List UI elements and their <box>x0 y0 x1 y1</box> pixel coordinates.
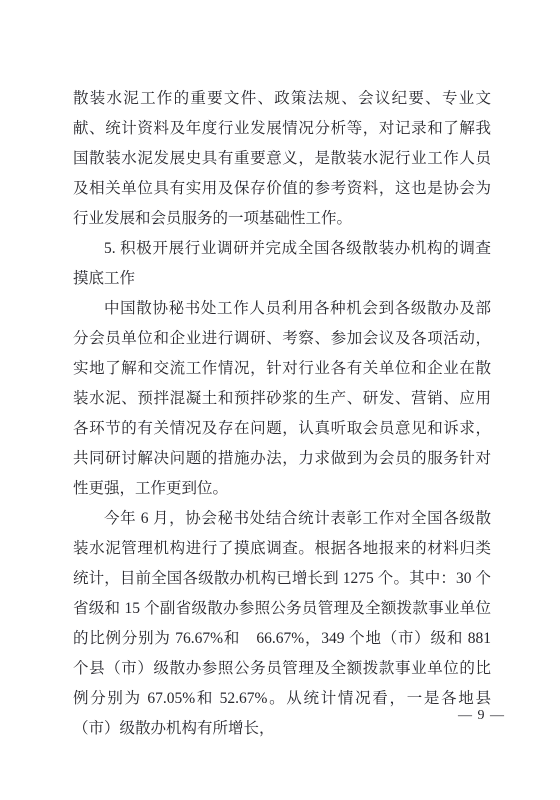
document-page: 散装水泥工作的重要文件、政策法规、会议纪要、专业文献、统计资料及年度行业发展情况… <box>0 0 560 800</box>
paragraph-continued: 散装水泥工作的重要文件、政策法规、会议纪要、专业文献、统计资料及年度行业发展情况… <box>73 84 491 234</box>
paragraph-survey-activities: 中国散协秘书处工作人员利用各种机会到各级散办及部分会员单位和企业进行调研、考察、… <box>73 294 491 504</box>
section-heading-5: 5. 积极开展行业调研并完成全国各级散装办机构的调查摸底工作 <box>73 234 491 294</box>
document-body: 散装水泥工作的重要文件、政策法规、会议纪要、专业文献、统计资料及年度行业发展情况… <box>73 84 491 744</box>
page-number: — 9 — <box>458 706 505 726</box>
paragraph-statistics: 今年 6 月，协会秘书处结合统计表彰工作对全国各级散装水泥管理机构进行了摸底调查… <box>73 504 491 744</box>
